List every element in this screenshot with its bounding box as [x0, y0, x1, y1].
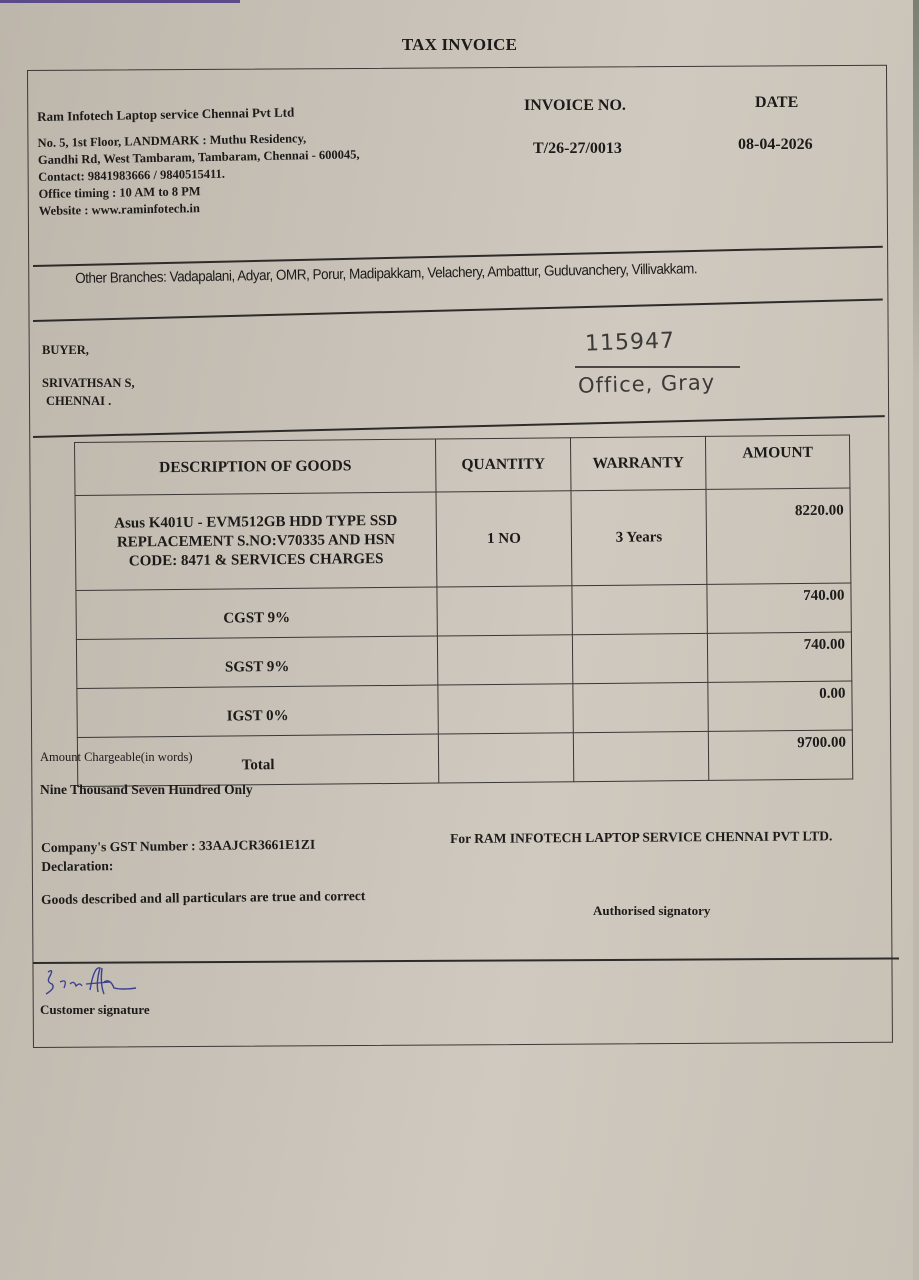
empty-cell: [572, 633, 707, 683]
empty-cell: [573, 731, 708, 781]
empty-cell: [437, 635, 572, 685]
item-description-line: CODE: 8471 & SERVICES CHARGES: [82, 549, 430, 571]
empty-cell: [572, 584, 707, 634]
header-quantity: QUANTITY: [435, 438, 571, 492]
empty-cell: [438, 733, 573, 783]
item-quantity: 1 NO: [436, 491, 572, 587]
buyer-city: CHENNAI .: [46, 394, 111, 409]
empty-cell: [573, 682, 708, 732]
for-company: For RAM INFOTECH LAPTOP SERVICE CHENNAI …: [450, 828, 832, 847]
handwritten-underline: [575, 366, 740, 368]
company-gst-number: Company's GST Number : 33AAJCR3661E1ZI: [41, 835, 315, 857]
tax-row-label: SGST 9%: [76, 636, 437, 688]
invoice-number: T/26-27/0013: [533, 140, 622, 158]
tax-row-amount: 0.00: [708, 681, 852, 731]
declaration-label: Declaration:: [41, 854, 315, 876]
tax-row: CGST 9%740.00: [76, 583, 851, 639]
table-header-row: DESCRIPTION OF GOODS QUANTITY WARRANTY A…: [75, 435, 850, 495]
tax-row-amount: 740.00: [707, 583, 851, 633]
photo-edge-right: [913, 0, 919, 1280]
tax-row-label: IGST 0%: [77, 685, 438, 737]
total-row: Total9700.00: [77, 730, 852, 786]
item-warranty: 3 Years: [571, 489, 707, 585]
tax-row-amount: 740.00: [707, 632, 851, 682]
invoice-date: 08-04-2026: [738, 136, 813, 154]
header-description: DESCRIPTION OF GOODS: [75, 439, 436, 495]
total-row-amount: 9700.00: [708, 730, 852, 780]
tax-row: IGST 0%0.00: [77, 681, 852, 737]
item-amount: 8220.00: [706, 488, 851, 584]
seller-block: Ram Infotech Laptop service Chennai Pvt …: [37, 102, 361, 220]
empty-cell: [438, 684, 573, 734]
table-row: Asus K401U - EVM512GB HDD TYPE SSDREPLAC…: [75, 488, 851, 590]
item-description-line: REPLACEMENT S.NO:V70335 AND HSN: [82, 530, 430, 552]
customer-signature-label: Customer signature: [40, 1002, 150, 1018]
gst-block: Company's GST Number : 33AAJCR3661E1ZI D…: [41, 835, 315, 876]
customer-signature-mark: [40, 962, 150, 1002]
header-warranty: WARRANTY: [570, 436, 706, 490]
handwritten-note-line1: 115947: [585, 328, 676, 356]
buyer-name: SRIVATHSAN S,: [42, 376, 135, 391]
item-description-line: Asus K401U - EVM512GB HDD TYPE SSD: [82, 511, 430, 533]
empty-cell: [437, 586, 572, 636]
photo-edge-top: [0, 0, 240, 3]
buyer-label: BUYER,: [42, 343, 89, 358]
tax-row-label: CGST 9%: [76, 587, 437, 639]
amount-words-label: Amount Chargeable(in words): [40, 750, 193, 765]
invoice-date-label: DATE: [755, 94, 798, 112]
amount-in-words: Nine Thousand Seven Hundred Only: [40, 782, 253, 798]
item-description: Asus K401U - EVM512GB HDD TYPE SSDREPLAC…: [75, 492, 437, 590]
handwritten-note-line2: Office, Gray: [578, 370, 716, 398]
invoice-number-label: INVOICE NO.: [524, 97, 626, 115]
header-amount: AMOUNT: [705, 435, 850, 489]
goods-table: DESCRIPTION OF GOODS QUANTITY WARRANTY A…: [74, 435, 853, 787]
document-title: TAX INVOICE: [0, 35, 919, 55]
authorised-signatory: Authorised signatory: [593, 903, 710, 919]
tax-row: SGST 9%740.00: [76, 632, 851, 688]
